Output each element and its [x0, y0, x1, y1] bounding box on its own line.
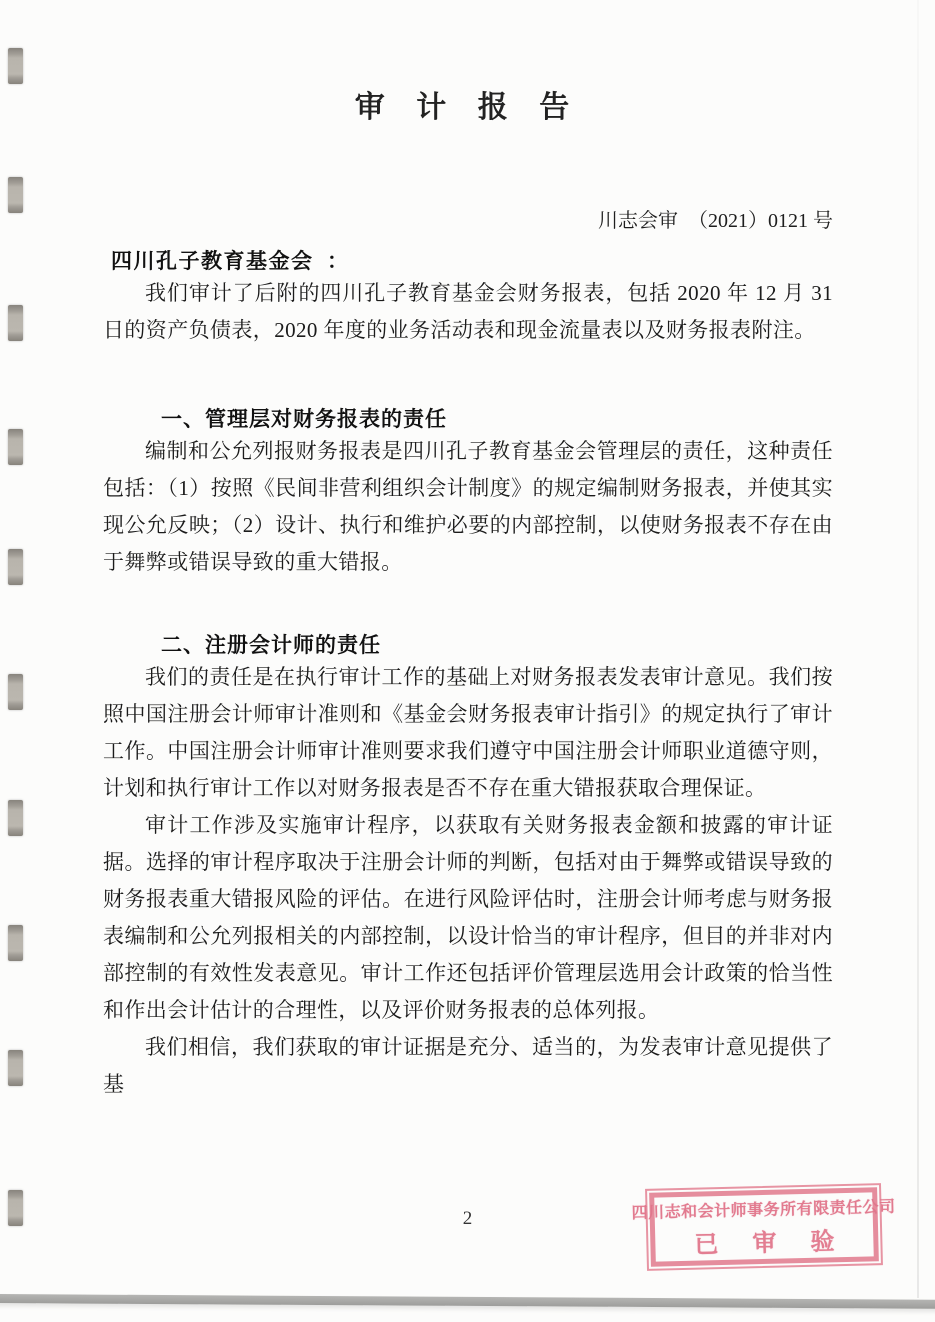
- auditor-responsibility-paragraph-1: 我们的责任是在执行审计工作的基础上对财务报表发表审计意见。我们按照中国注册会计师…: [103, 659, 833, 807]
- stamp-status-text: 已 审 验: [680, 1220, 849, 1259]
- stamp-company-name: 四川志和会计师事务所有限责任公司: [631, 1193, 895, 1222]
- management-responsibility-paragraph: 编制和公允列报财务报表是四川孔子教育基金会管理层的责任，这种责任包括：（1）按照…: [103, 433, 833, 581]
- binding-hole: [8, 48, 23, 84]
- binding-hole: [8, 549, 23, 585]
- binding-hole: [8, 925, 23, 961]
- intro-paragraph: 我们审计了后附的四川孔子教育基金会财务报表，包括 2020 年 12 月 31 …: [103, 275, 833, 349]
- document-title: 审 计 报 告: [103, 82, 833, 126]
- auditor-responsibility-paragraph-3: 我们相信，我们获取的审计证据是充分、适当的，为发表审计意见提供了基: [103, 1029, 833, 1103]
- reference-number: 川志会审 （2021）0121 号: [103, 204, 833, 233]
- binding-hole: [8, 305, 23, 341]
- auditor-responsibility-paragraph-2: 审计工作涉及实施审计程序，以获取有关财务报表金额和披露的审计证据。选择的审计程序…: [103, 807, 833, 1029]
- section-heading-auditor-responsibility: 二、注册会计师的责任: [103, 629, 833, 659]
- audit-stamp: 四川志和会计师事务所有限责任公司 已 审 验: [645, 1183, 883, 1271]
- section-heading-management-responsibility: 一、管理层对财务报表的责任: [103, 403, 833, 433]
- addressee-line: 四川孔子教育基金会 ：: [103, 245, 833, 275]
- binding-hole: [8, 674, 23, 710]
- page-bottom-edge: [0, 1294, 935, 1309]
- binding-hole: [8, 1050, 23, 1086]
- binding-hole: [8, 177, 23, 213]
- document-page: 审 计 报 告 川志会审 （2021）0121 号 四川孔子教育基金会 ： 我们…: [0, 0, 935, 1322]
- document-body: 审 计 报 告 川志会审 （2021）0121 号 四川孔子教育基金会 ： 我们…: [103, 0, 833, 1103]
- binding-hole: [8, 429, 23, 465]
- page-right-edge: [917, 0, 919, 1298]
- binding-hole: [8, 800, 23, 836]
- audit-stamp-inner-border: 四川志和会计师事务所有限责任公司 已 审 验: [649, 1187, 879, 1267]
